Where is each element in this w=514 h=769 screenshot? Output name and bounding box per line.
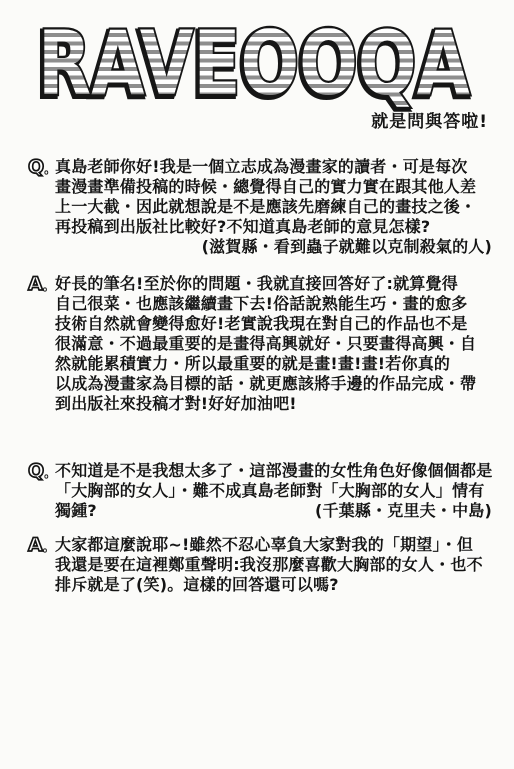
question-text: 真島老師你好!我是一個立志成為漫畫家的讀者・可是每次 畫漫畫準備投稿的時候・總覺… [55, 157, 492, 257]
marker-period: 。 [43, 279, 55, 293]
logo-text: RAVEOOQA [38, 14, 470, 112]
text-line: 大家都這麼說耶~!雖然不忍心辜負大家對我的「期望」・但 [55, 535, 492, 555]
question-block-2: Q。 不知道是不是我想太多了・這部漫畫的女性角色好像個個都是 「大胸部的女人」・… [0, 461, 514, 521]
text-line: 不知道是不是我想太多了・這部漫畫的女性角色好像個個都是 [55, 461, 492, 481]
text-line: 排斥就是了(笑)。這樣的回答還可以嗎? [55, 575, 492, 595]
text-line: 獨鍾? (千葉縣・克里夫・中島) [55, 501, 492, 521]
text-line: 以成為漫畫家為目標的話・就更應該將手邊的作品完成・帶 [55, 374, 492, 394]
answer-text: 好長的筆名!至於你的問題・我就直接回答好了:就算覺得 自己很菜・也應該繼續畫下去… [55, 274, 492, 414]
question-block-1: Q。 真島老師你好!我是一個立志成為漫畫家的讀者・可是每次 畫漫畫準備投稿的時候… [0, 157, 514, 257]
question-marker-letter: Q [28, 460, 44, 482]
manga-qa-page: RAVEOOQA RAVEOOQA 就是問與答啦! Q。 真島老師你好!我是一個… [0, 0, 514, 769]
text-line: 我還是要在這裡鄭重聲明:我沒那麼喜歡大胸部的女人・也不 [55, 555, 492, 575]
answer-block-1: A。 好長的筆名!至於你的問題・我就直接回答好了:就算覺得 自己很菜・也應該繼續… [0, 274, 514, 414]
text-line: 上一大截・因此就想說是不是應該先磨練自己的畫技之後・ [55, 197, 492, 217]
text-line: 真島老師你好!我是一個立志成為漫畫家的讀者・可是每次 [55, 157, 492, 177]
text-line: 自己很菜・也應該繼續畫下去!俗話說熟能生巧・畫的愈多 [55, 294, 492, 314]
marker-period: 。 [43, 540, 55, 554]
text-line: 「大胸部的女人」・難不成真島老師對「大胸部的女人」情有 [55, 481, 492, 501]
text-line: 技術自然就會變得愈好!老實說我現在對自己的作品也不是 [55, 314, 492, 334]
question-text: 不知道是不是我想太多了・這部漫畫的女性角色好像個個都是 「大胸部的女人」・難不成… [55, 461, 492, 521]
text-line: 到出版社來投稿才對!好好加油吧! [55, 394, 492, 414]
answer-text: 大家都這麼說耶~!雖然不忍心辜負大家對我的「期望」・但 我還是要在這裡鄭重聲明:… [55, 535, 492, 595]
text-line: 好長的筆名!至於你的問題・我就直接回答好了:就算覺得 [55, 274, 492, 294]
question-marker: Q。 [28, 157, 55, 257]
text-line: 畫漫畫準備投稿的時候・總覺得自己的實力實在跟其他人差 [55, 177, 492, 197]
logo-tagline: 就是問與答啦! [0, 112, 514, 132]
text-line-left: 獨鍾? [55, 501, 97, 521]
text-line: 很滿意・不過最重要的是畫得高興就好・只要畫得高興・自 [55, 334, 492, 354]
answer-marker-letter: A [28, 273, 43, 295]
attribution: (千葉縣・克里夫・中島) [315, 501, 492, 521]
answer-block-2: A。 大家都這麼說耶~!雖然不忍心辜負大家對我的「期望」・但 我還是要在這裡鄭重… [0, 535, 514, 595]
answer-marker: A。 [28, 535, 55, 595]
answer-marker-letter: A [28, 534, 43, 556]
logo-graphic: RAVEOOQA RAVEOOQA [22, 14, 492, 112]
question-marker-letter: Q [28, 156, 44, 178]
question-marker: Q。 [28, 461, 55, 521]
logo: RAVEOOQA RAVEOOQA [0, 0, 514, 112]
text-line: 再投稿到出版社比較好?不知道真島老師的意見怎樣? [55, 217, 492, 237]
answer-marker: A。 [28, 274, 55, 414]
attribution: (滋賀縣・看到蟲子就難以克制殺氣的人) [55, 237, 492, 257]
text-line: 然就能累積實力・所以最重要的就是畫!畫!畫!若你真的 [55, 354, 492, 374]
